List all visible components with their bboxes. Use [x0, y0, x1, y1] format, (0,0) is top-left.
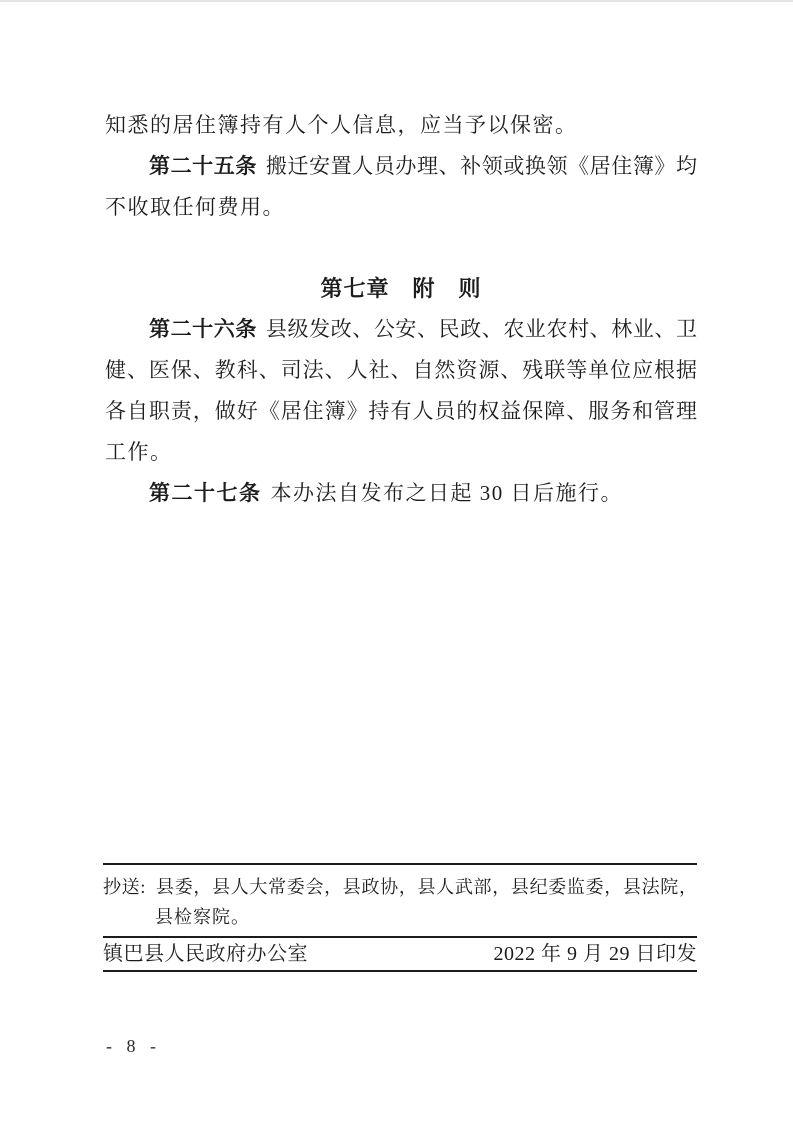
body-line: 工作。 [105, 432, 697, 473]
issuer-office: 镇巴县人民政府办公室 [103, 938, 308, 970]
chapter-heading: 第七章 附 则 [105, 268, 697, 309]
document-footer: 抄送:县委，县人大常委会，县政协，县人武部，县纪委监委，县法院， 县检察院。 镇… [103, 863, 697, 972]
cc-text: 县委，县人大常委会，县政协，县人武部，县纪委监委，县法院， [155, 877, 697, 897]
body-line: 第二十七条本办法自发布之日起 30 日后施行。 [105, 473, 697, 514]
body-line-text: 搬迁安置人员办理、补领或换领《居住簿》均 [266, 154, 697, 178]
body-line: 不收取任何费用。 [105, 187, 697, 228]
body-line: 知悉的居住簿持有人个人信息，应当予以保密。 [105, 105, 697, 146]
cc-label: 抄送: [103, 877, 145, 897]
document-page: 知悉的居住簿持有人个人信息，应当予以保密。 第二十五条搬迁安置人员办理、补领或换… [0, 0, 793, 1122]
article-number: 第二十六条 [149, 318, 257, 341]
body-line: 各自职责，做好《居住簿》持有人员的权益保障、服务和管理 [105, 391, 697, 432]
body-line-text: 县级发改、公安、民政、农业农村、林业、卫 [266, 317, 697, 341]
cc-line: 抄送:县委，县人大常委会，县政协，县人武部，县纪委监委，县法院， [103, 872, 697, 902]
page-number: - 8 - [106, 1036, 161, 1057]
article-number: 第二十五条 [149, 155, 257, 178]
body-line-text: 本办法自发布之日起 30 日后施行。 [271, 481, 624, 505]
body-line: 第二十五条搬迁安置人员办理、补领或换领《居住簿》均 [105, 146, 697, 187]
article-number: 第二十七条 [149, 482, 262, 505]
issuer-row: 镇巴县人民政府办公室 2022 年 9 月 29 日印发 [103, 936, 697, 972]
cc-block: 抄送:县委，县人大常委会，县政协，县人武部，县纪委监委，县法院， 县检察院。 [103, 863, 697, 936]
print-date: 2022 年 9 月 29 日印发 [494, 938, 698, 970]
body-line: 第二十六条县级发改、公安、民政、农业农村、林业、卫 [105, 309, 697, 350]
document-body: 知悉的居住簿持有人个人信息，应当予以保密。 第二十五条搬迁安置人员办理、补领或换… [105, 105, 697, 514]
cc-line: 县检察院。 [103, 902, 697, 932]
body-line: 健、医保、教科、司法、人社、自然资源、残联等单位应根据 [105, 350, 697, 391]
